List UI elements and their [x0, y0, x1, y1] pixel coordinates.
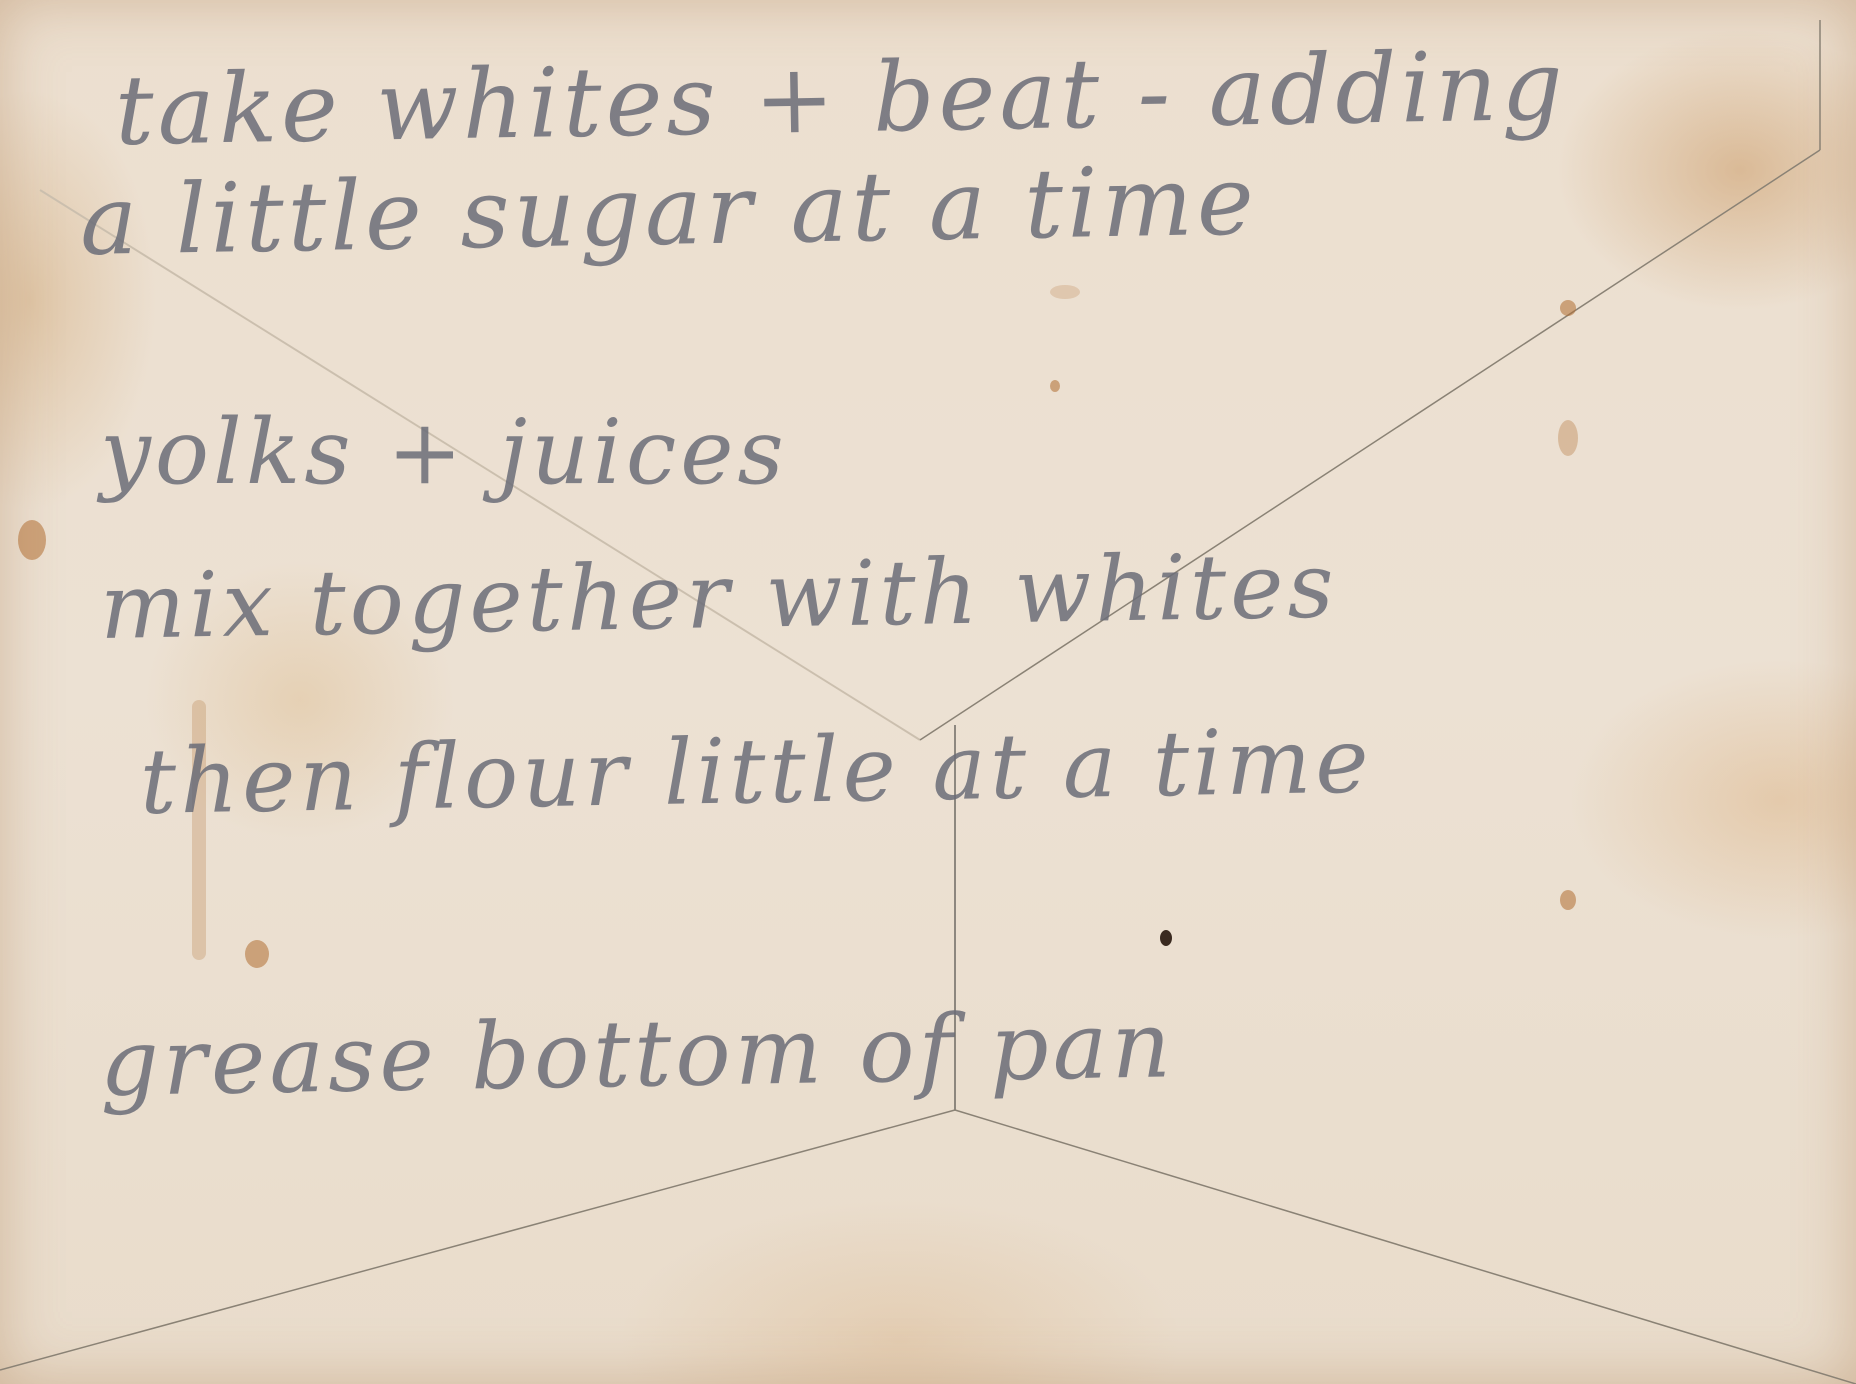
- stain: [1560, 890, 1576, 910]
- stain: [18, 520, 46, 560]
- stain: [1160, 930, 1172, 946]
- stain: [1050, 380, 1060, 392]
- stain: [245, 940, 269, 968]
- stain: [1558, 420, 1578, 456]
- stain: [1560, 300, 1576, 316]
- recipe-line-4: mix together with whites: [99, 533, 1338, 660]
- recipe-line-2: a little sugar at a time: [79, 144, 1259, 277]
- recipe-line-6: grease bottom of pan: [99, 991, 1176, 1117]
- stain: [1050, 285, 1080, 299]
- recipe-line-3: yolks + juices: [100, 400, 788, 505]
- recipe-line-5: then flour little at a time: [139, 708, 1373, 834]
- envelope-back: take whites + beat - adding a little sug…: [0, 0, 1856, 1384]
